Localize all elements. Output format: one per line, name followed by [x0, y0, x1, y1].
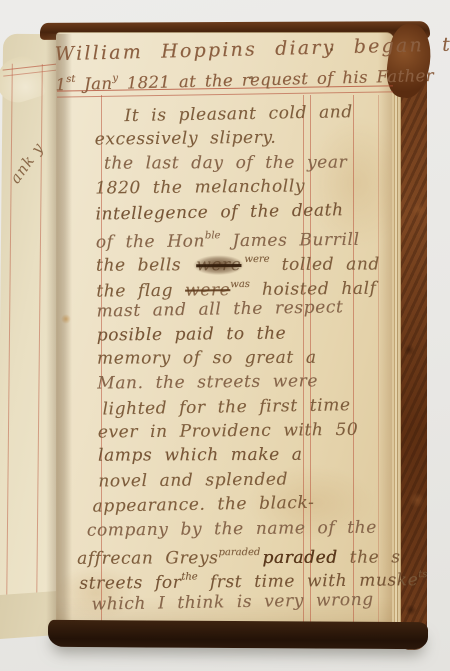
handwriting-layer: William Hoppins diary began the1st Jany …: [0, 0, 450, 671]
diary-line: Man. the streets were: [97, 369, 387, 396]
photo-background: ank y William Hoppins diary began the1st…: [0, 0, 450, 671]
diary-line: posible paid to the: [97, 320, 387, 347]
diary-line: the bells werewere tolled and: [96, 248, 386, 274]
diary-line: lighted for the first time: [102, 392, 387, 421]
diary-line: of the Honble James Burrill: [96, 222, 386, 249]
diary-body: It is pleasant cold andexcessively slipe…: [94, 100, 389, 615]
diary-line: affrecan Greysparadedparaded the s: [77, 540, 389, 566]
diary-line: lamps which make a: [98, 443, 388, 469]
ink-speck: [250, 76, 253, 79]
book-bottom-edge: [48, 620, 428, 649]
diary-line: memory of so great a: [97, 345, 387, 371]
diary-line: intellegence of the death: [95, 197, 385, 226]
ink-speck: [330, 48, 333, 51]
diary-line: excessively slipery.: [95, 125, 385, 152]
diary-line: the last day of the year: [104, 150, 385, 176]
diary-line: company by the name of the: [87, 515, 389, 543]
diary-line: ever in Providenc with 50: [98, 418, 388, 445]
diary-header: William Hoppins diary began the1st Jany …: [54, 34, 400, 97]
diary-line: It is pleasant cold and: [124, 100, 384, 129]
diary-line: 1820 the melancholly: [95, 174, 385, 201]
diary-line: which I think is very wrong: [91, 587, 389, 617]
